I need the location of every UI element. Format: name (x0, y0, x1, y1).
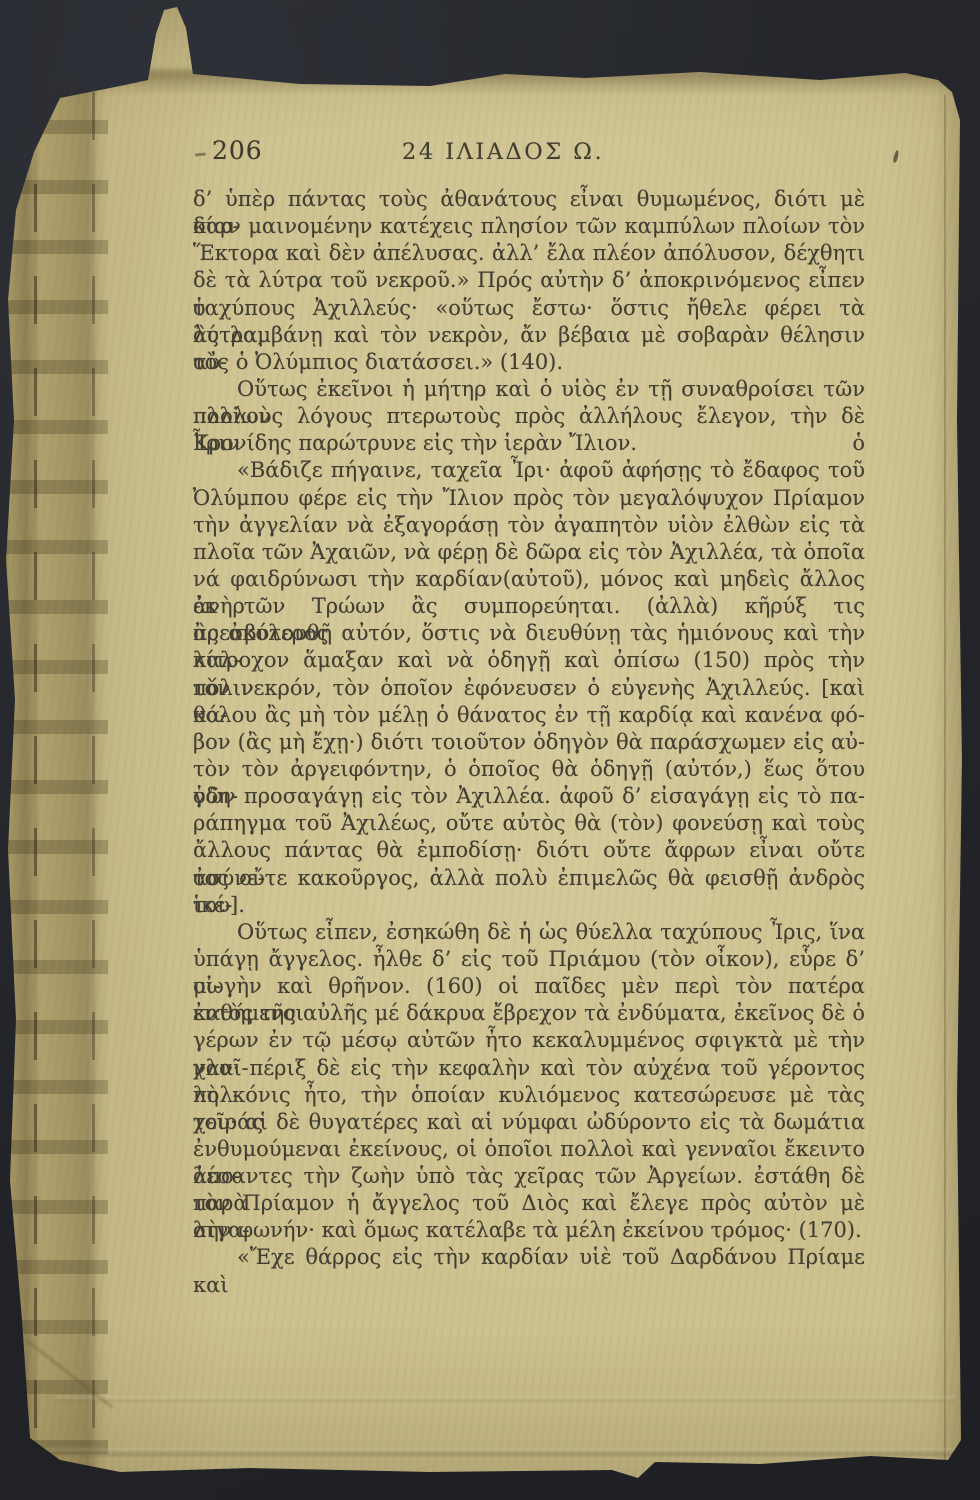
text-line: ἐκ τῶν Τρώων ἂς συμπορεύηται. (ἀλλὰ) κῆρ… (193, 593, 865, 620)
text-line: τος οὔτε κακοῦργος, ἀλλὰ πολὺ ἐπιμελῶς θ… (193, 865, 865, 892)
book-page: 206 24 ΙΛΙΑΔΟΣ Ω. δ’ ὑπὲρ πάντας τοὺς ἀθ… (0, 0, 980, 1500)
text-line: τὸν τὸν ἀργειφόντην, ὁ ὁποῖος θὰ ὁδηγῇ (… (193, 756, 865, 783)
gutter-crack (92, 0, 95, 1500)
text-line: ταχύπους Ἀχιλλεύς· «οὕτως ἔστω· ὅστις ἤθ… (193, 295, 865, 322)
text-line: τὸν νεκρόν, τὸν ὁποῖον ἐφόνευσεν ὁ εὐγεν… (193, 675, 865, 702)
text-line: ἂς ἀκολουθῇ αὐτόν, ὅστις νὰ διευθύνῃ τὰς… (193, 620, 865, 647)
text-line: γῶν προσαγάγῃ εἰς τὸν Ἀχιλλέα. ἀφοῦ δ’ ε… (193, 783, 865, 810)
text-line: ἐνθυμούμεναι ἐκείνους, οἱ ὁποῖοι πολλοὶ … (193, 1136, 865, 1163)
text-line: μωγὴν καὶ θρῆνον. (160) οἱ παῖδες μὲν πε… (193, 973, 865, 1000)
text-line: δὲ τὰ λύτρα τοῦ νεκροῦ.» Πρός αὐτὴν δ’ ἀ… (193, 267, 865, 294)
text-line: δίαν μαινομένην κατέχεις πλησίον τῶν καμ… (193, 213, 865, 240)
text-line: λὴ κόνις ἦτο, τὴν ὁποίαν κυλιόμενος κατε… (193, 1082, 865, 1109)
text-line: ἂς λαμβάνῃ καὶ τὸν νεκρὸν, ἄν βέβαια μὲ … (193, 322, 865, 349)
text-line: λὴν φωνήν· καὶ ὅμως κατέλαβε τὰ μέλη ἐκε… (193, 1217, 865, 1244)
body-text: δ’ ὑπὲρ πάντας τοὺς ἀθανάτους εἶναι θυμω… (193, 186, 865, 1272)
text-line: «Βάδιζε πήγαινε, ταχεῖα Ἶρι· ἀφοῦ ἀφήσῃς… (193, 457, 865, 484)
pencil-dash-mark (195, 152, 206, 156)
text-line: του]. (193, 892, 865, 919)
text-line: ναν· πέριξ δὲ εἰς τὴν κεφαλὴν καὶ τὸν αὐ… (193, 1055, 865, 1082)
gutter-crack (34, 0, 37, 1500)
bottom-crease (30, 1448, 965, 1456)
ink-speck (892, 150, 899, 164)
text-line: Οὕτως ἐκεῖνοι ἡ μήτηρ καὶ ὁ υἱὸς ἐν τῇ σ… (193, 376, 865, 403)
text-line: του· αἱ δὲ θυγατέρες καὶ αἱ νύμφαι ὠδύρο… (193, 1109, 865, 1136)
text-line: πολλοὺς λόγους πτερωτοὺς πρὸς ἀλλήλους ἔ… (193, 403, 865, 430)
text-line: γέρων ἐν τῷ μέσῳ αὐτῶν ἦτο κεκαλυμμένος … (193, 1027, 865, 1054)
bottom-crease (55, 1396, 955, 1402)
text-line: ράπηγμα τοῦ Ἀχιλέως, οὔτε αὐτὸς θὰ (τὸν)… (193, 810, 865, 837)
page-number: 206 (212, 136, 263, 165)
text-line: δ’ ὑπὲρ πάντας τοὺς ἀθανάτους εἶναι θυμω… (193, 186, 865, 213)
text-line: θόλου ἂς μὴ τὸν μέλῃ ὁ θάνατος ἐν τῇ καρ… (193, 702, 865, 729)
text-line: τὸν Πρίαμον ἡ ἄγγελος τοῦ Διὸς καὶ ἔλεγε… (193, 1190, 865, 1217)
text-line: πλοῖα τῶν Ἀχαιῶν, νὰ φέρῃ δὲ δῶρα εἰς τὸ… (193, 539, 865, 566)
text-line: ὑπάγῃ ἄγγελος. ἦλθε δ’ εἰς τοῦ Πριάμου (… (193, 946, 865, 973)
text-line: ἐντὸς τῆς αὐλῆς μέ δάκρυα ἔβρεχον τὰ ἐνδ… (193, 1000, 865, 1027)
text-line: Ἕκτορα καὶ δὲν ἀπέλυσας. ἀλλ’ ἔλα πλέον … (193, 240, 865, 267)
text-line: ἄλλους πάντας θὰ ἐμποδίσῃ· διότι οὔτε ἄφ… (193, 837, 865, 864)
text-line: Οὕτως εἶπεν, ἐσηκώθη δὲ ἡ ὡς θύελλα ταχύ… (193, 919, 865, 946)
text-line: τὴν ἀγγελίαν νὰ ἐξαγοράσῃ τὸν ἀγαπητὸν υ… (193, 512, 865, 539)
text-line: λίτροχον ἅμαξαν καὶ νὰ ὁδηγῇ καὶ ὀπίσω (… (193, 647, 865, 674)
text-line: νά φαιδρύνωσι τὴν καρδίαν(αὐτοῦ), μόνος … (193, 566, 865, 593)
text-line: βον (ἂς μὴ ἔχῃ·) διότι τοιοῦτον ὁδηγὸν θ… (193, 729, 865, 756)
text-line: Ὀλύμπου φέρε εἰς τὴν Ἴλιον πρὸς τὸν μεγα… (193, 485, 865, 512)
text-line: τὸς ὁ Ὀλύμπιος διατάσσει.» (140). (193, 349, 865, 376)
text-line: «Ἔχε θάρρος εἰς τὴν καρδίαν υἱὲ τοῦ Δαρδ… (193, 1244, 865, 1271)
text-line: λέσαντες τὴν ζωὴν ὑπὸ τὰς χεῖρας τῶν Ἀργ… (193, 1163, 865, 1190)
page-right-crease (944, 95, 946, 1460)
running-header: 24 ΙΛΙΑΔΟΣ Ω. (402, 139, 604, 165)
